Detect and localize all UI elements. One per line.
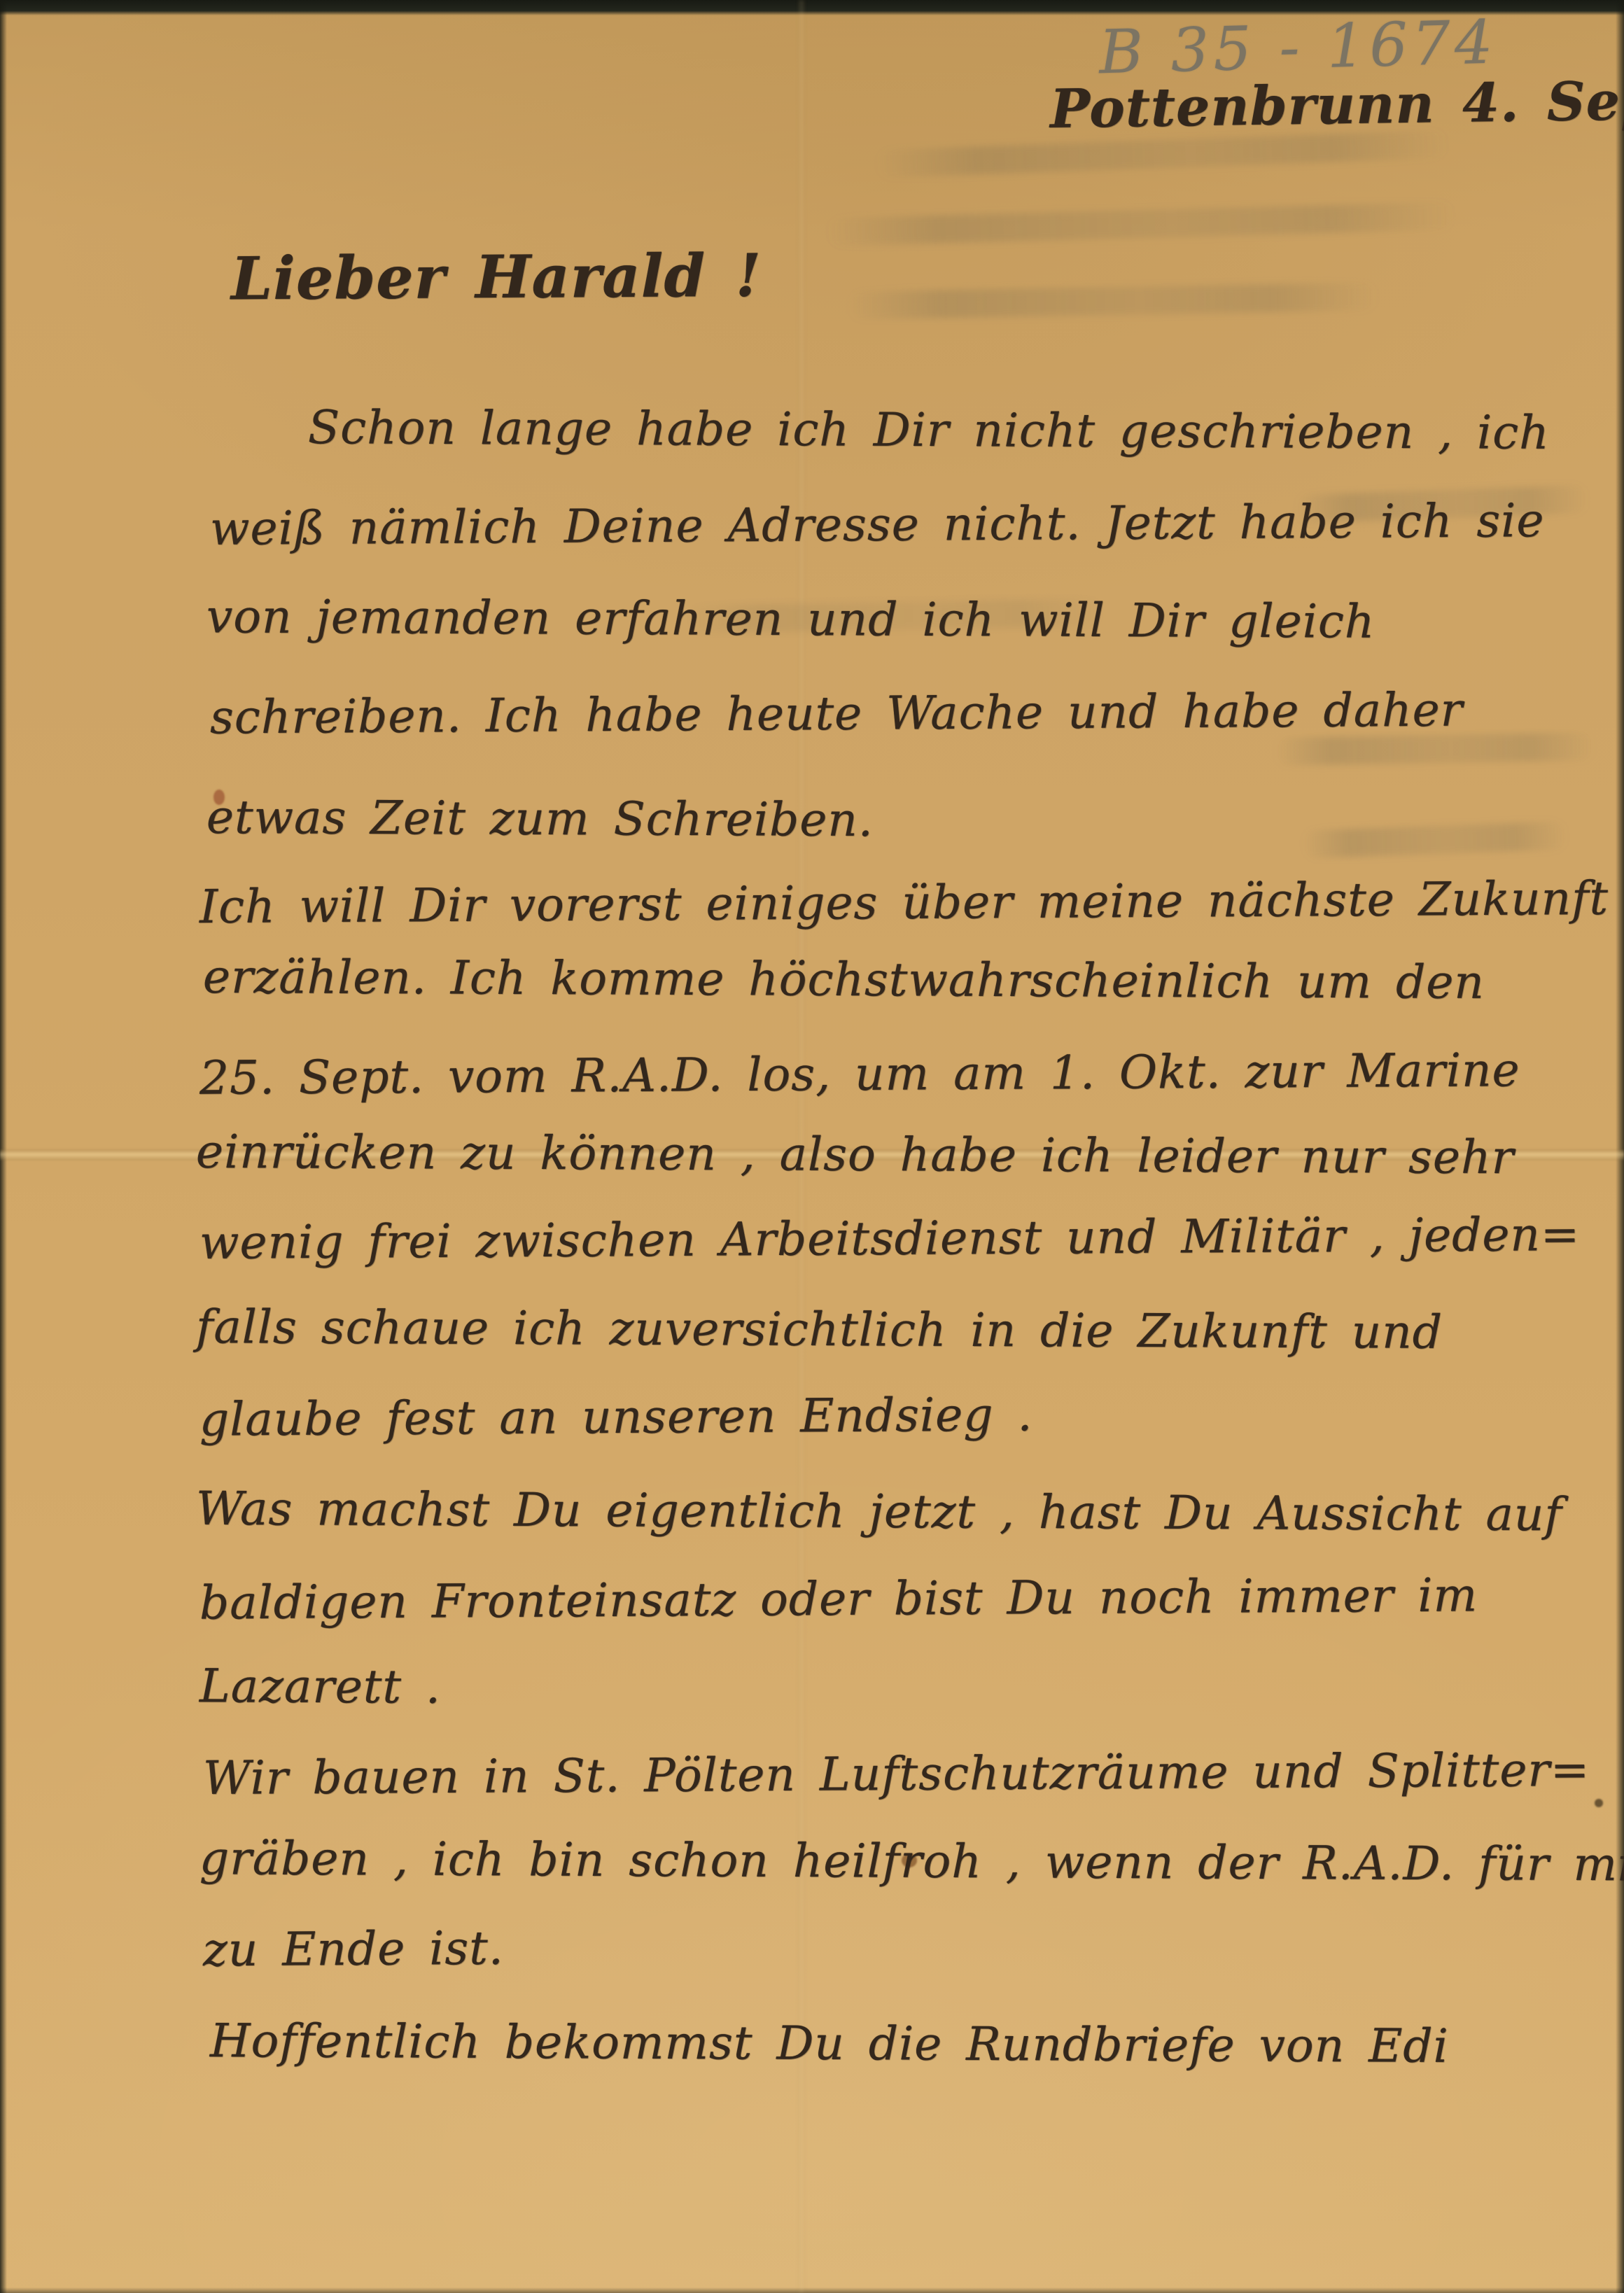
letter-line: weiß nämlich Deine Adresse nicht. Jetzt …: [210, 496, 1545, 553]
bleed-through-ghost-text: [1301, 821, 1568, 858]
letter-line: einrücken zu können , also habe ich leid…: [196, 1128, 1514, 1182]
letter-line: gräben , ich bin schon heilfroh , wenn d…: [199, 1834, 1624, 1889]
letter-line: schreiben. Ich habe heute Wache und habe…: [210, 686, 1464, 742]
bleed-through-ghost-text: [847, 282, 1380, 319]
scan-edge-right: [1616, 0, 1624, 2293]
scan-edge-left: [0, 0, 7, 2293]
letter-line: etwas Zeit zum Schreiben.: [206, 793, 874, 844]
letter-line: Ich will Dir vorerst einiges über meine …: [199, 874, 1609, 932]
letter-line: falls schaue ich zuversichtlich in die Z…: [196, 1303, 1443, 1356]
salutation: Lieber Harald !: [231, 245, 762, 310]
letter-page: B 35 - 1674 Pottenbrunn 4. Sept. 43 . Li…: [0, 0, 1624, 2293]
letter-line: Wir bauen in St. Pölten Luftschutzräume …: [203, 1746, 1590, 1802]
letter-line: Schon lange habe ich Dir nicht geschrieb…: [308, 403, 1550, 457]
letter-line: 25. Sept. vom R.A.D. los, um am 1. Okt. …: [199, 1046, 1520, 1102]
letter-line: erzählen. Ich komme höchstwahrscheinlich…: [203, 953, 1485, 1007]
dateline: Pottenbrunn 4. Sept. 43 .: [1049, 70, 1624, 137]
letter-line: Was machst Du eigentlich jetzt , hast Du…: [196, 1485, 1562, 1539]
paper-stain: [1595, 1799, 1603, 1807]
letter-line: Lazarett .: [199, 1662, 441, 1711]
bleed-through-ghost-text: [826, 202, 1457, 246]
letter-line: zu Ende ist.: [203, 1924, 504, 1975]
letter-line: glaube fest an unseren Endsieg .: [199, 1390, 1033, 1444]
letter-line: von jemanden erfahren und ich will Dir g…: [206, 592, 1375, 646]
scan-edge-bottom: [0, 2287, 1624, 2293]
letter-line: wenig frei zwischen Arbeitsdienst und Mi…: [199, 1210, 1581, 1267]
letter-line: baldigen Fronteinsatz oder bist Du noch …: [199, 1571, 1478, 1627]
letter-line: Hoffentlich bekommst Du die Rundbriefe v…: [210, 2017, 1449, 2070]
